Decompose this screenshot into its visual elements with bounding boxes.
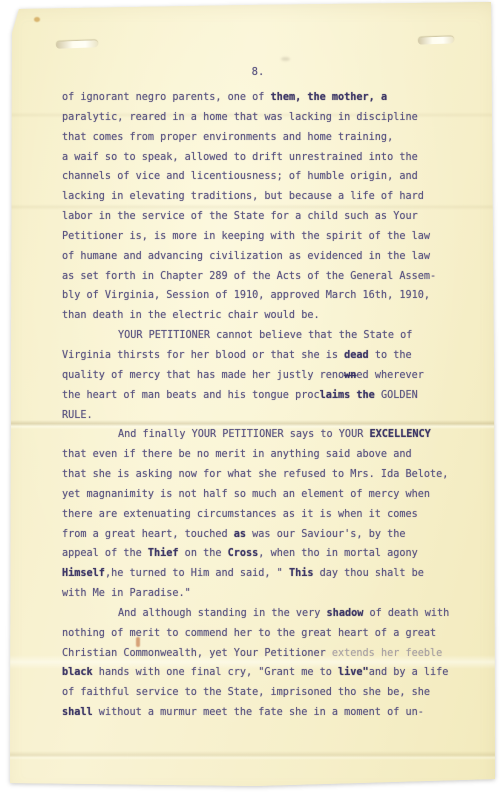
text-segment: that even if there be no merit in anythi… [62,449,412,460]
text-segment: that comes from proper environments and … [62,132,393,143]
text-segment: paralytic, reared in a home that was lac… [62,112,418,123]
text-line: lacking in elevating traditions, but bec… [62,187,464,207]
text-segment: laims the [320,390,381,401]
text-line: paralytic, reared in a home that was lac… [62,108,464,128]
staple-hole-right [418,36,454,44]
text-line: there are extenuating circumstances as i… [62,505,464,525]
text-segment: ed wherever [356,370,423,381]
text-line: Petitioner is, is more in keeping with t… [62,227,464,247]
text-segment: was our Saviour's, by the [246,529,405,540]
text-segment: shadow [327,608,364,619]
text-segment: a waif so to speak, allowed to drift unr… [62,152,418,163]
text-line: nothing of merit to commend her to the g… [62,624,464,644]
text-line: Virginia thirsts for her blood or that s… [62,346,464,366]
text-segment: nothing of merit to commend her to the g… [62,628,436,639]
text-line: black hands with one final cry, "Grant m… [62,663,464,683]
text-segment: lacking in elevating traditions, but bec… [62,191,424,202]
text-line: channels of vice and licentiousness; of … [62,167,464,187]
text-line: labor in the service of the State for a … [62,207,464,227]
text-segment: to the [369,350,412,361]
text-segment: Petitioner is, is more in keeping with t… [62,231,430,242]
text-line: of humane and advancing civilization as … [62,247,464,267]
text-line: Christian Commonwealth, yet Your Petitio… [62,644,464,664]
text-line: And although standing in the very shadow… [62,604,464,624]
text-segment: shall [62,707,93,718]
text-line: that comes from proper environments and … [62,128,464,148]
text-line: from a great heart, touched as was our S… [62,525,464,545]
text-segment: RULE. [62,410,93,421]
stain-top-left [34,17,40,22]
text-line: of faithful service to the State, impris… [62,683,464,703]
text-line: a waif so to speak, allowed to drift unr… [62,148,464,168]
text-line: yet magnanimity is not half so much an e… [62,485,464,505]
text-segment: dead [344,350,369,361]
text-line: bly of Virginia, Session of 1910, approv… [62,286,464,306]
text-segment: And finally YOUR PETITIONER says to YOUR [118,429,369,440]
text-line: with Me in Paradise." [62,584,464,604]
text-segment: ,he turned to Him and said, " [105,568,289,579]
text-segment: the heart of man beats and his tongue pr… [62,390,320,401]
text-segment: And although standing in the very [118,608,327,619]
text-segment: hands with one final cry, "Grant me to [93,667,338,678]
text-segment: Christian Commonwealth, yet Your Petitio… [62,648,332,659]
text-segment: them, the mother, a [271,92,388,103]
text-segment: day thou shalt be [314,568,424,579]
text-segment: , when tho in mortal agony [258,548,417,559]
text-segment: from a great heart, touched [62,529,234,540]
scan-background: 8. of ignorant negro parents, one of the… [0,0,502,800]
text-segment: of ignorant negro parents, one of [62,92,271,103]
text-segment: bly of Virginia, Session of 1910, approv… [62,290,430,301]
document-page: 8. of ignorant negro parents, one of the… [0,0,502,800]
text-line: And finally YOUR PETITIONER says to YOUR… [62,425,464,445]
text-segment: yet magnanimity is not half so much an e… [62,489,430,500]
text-line: Himself,he turned to Him and said, " Thi… [62,564,464,584]
text-segment: as [234,529,246,540]
text-line: quality of mercy that has made her justl… [62,366,464,386]
page-number: 8. [62,66,454,78]
paper-shadow-wrap: 8. of ignorant negro parents, one of the… [0,0,502,800]
text-line: of ignorant negro parents, one of them, … [62,88,464,108]
text-segment: than death in the electric chair would b… [62,310,320,321]
text-segment: Thief [148,548,179,559]
text-line: that she is asking now for what she refu… [62,465,464,485]
text-line: shall without a murmur meet the fate she… [62,703,464,723]
text-segment: Himself [62,568,105,579]
stain-smudge [281,57,290,61]
text-segment: appeal of the [62,548,148,559]
text-line: the heart of man beats and his tongue pr… [62,386,464,406]
text-line: than death in the electric chair would b… [62,306,464,326]
text-line: as set forth in Chapter 289 of the Acts … [62,267,464,287]
text-segment: labor in the service of the State for a … [62,211,418,222]
text-segment: of humane and advancing civilization as … [62,251,430,262]
text-line: that even if there be no merit in anythi… [62,445,464,465]
text-segment: Virginia thirsts for her blood or that s… [62,350,344,361]
text-segment: quality of mercy that has made her justl… [62,370,344,381]
text-line: appeal of the Thief on the Cross, when t… [62,544,464,564]
text-segment: as set forth in Chapter 289 of the Acts … [62,271,436,282]
text-segment: YOUR PETITIONER cannot believe that the … [118,330,412,341]
text-segment: black [62,667,93,678]
text-line: YOUR PETITIONER cannot believe that the … [62,326,464,346]
text-segment: there are extenuating circumstances as i… [62,509,418,520]
text-segment: that she is asking now for what she refu… [62,469,448,480]
text-segment: EXCELLENCY [369,429,430,440]
text-segment: extends her feeble [332,648,442,659]
typed-text-block: of ignorant negro parents, one of them, … [62,88,464,723]
text-segment: wn [344,370,356,381]
staple-hole-left [56,40,98,48]
text-line: RULE. [62,406,464,426]
text-segment: channels of vice and licentiousness; of … [62,171,418,182]
text-segment: This [289,568,314,579]
text-segment: live" [338,667,369,678]
fold-crease-bottom [0,751,502,760]
text-segment: GOLDEN [381,390,418,401]
text-segment: of death with [363,608,449,619]
text-segment: of faithful service to the State, impris… [62,687,430,698]
text-segment: Cross [228,548,259,559]
text-segment: with Me in Paradise." [62,588,191,599]
text-segment: and by a life [369,667,449,678]
text-segment: on the [179,548,228,559]
text-segment: without a murmur meet the fate she in a … [93,707,424,718]
